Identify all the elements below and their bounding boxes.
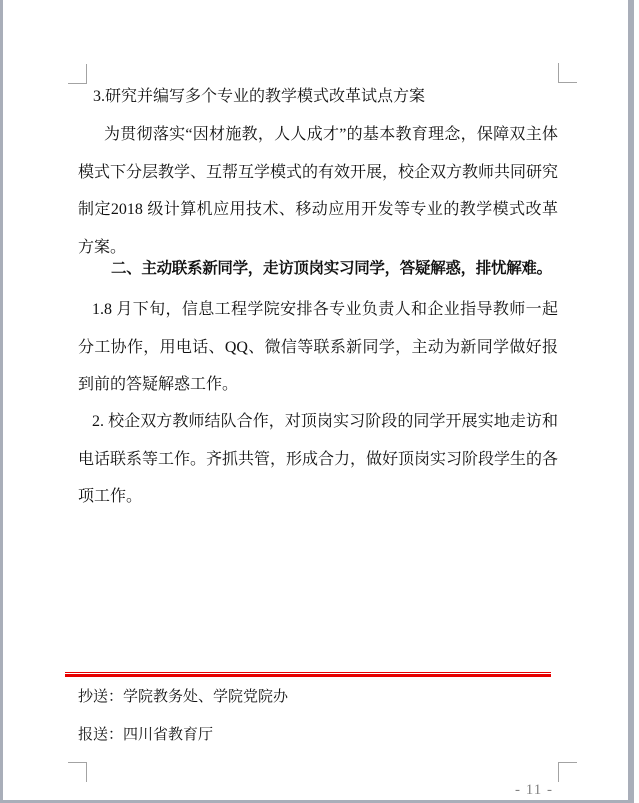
document-page[interactable]: 3.研究并编写多个专业的教学模式改革试点方案 为贯彻落实“因材施教，人人成才”的…	[0, 0, 639, 803]
margin-crop-mark-top-right	[558, 63, 577, 83]
page-number: - 11 -	[498, 782, 570, 799]
footer-report-line[interactable]: 报送：四川省教育厅	[78, 724, 558, 746]
page-edge-left	[0, 0, 3, 803]
paragraph-education-concept[interactable]: 为贯彻落实“因材施教，人人成才”的基本教育理念，保障双主体模式下分层教学、互帮互…	[78, 116, 558, 266]
margin-crop-mark-bottom-left	[68, 762, 87, 782]
document-viewport: 3.研究并编写多个专业的教学模式改革试点方案 为贯彻落实“因材施教，人人成才”的…	[0, 0, 639, 803]
footer-separator-double-red-line	[65, 672, 551, 677]
page-edge-right	[628, 0, 634, 803]
footer-cc-line[interactable]: 抄送：学院教务处、学院党院办	[78, 686, 558, 708]
point-3-line[interactable]: 3.研究并编写多个专业的教学模式改革试点方案	[78, 78, 558, 116]
paragraph-contact-new-students[interactable]: 1.8 月下旬，信息工程学院安排各专业负责人和企业指导教师一起分工协作，用电话、…	[78, 291, 558, 404]
paragraph-internship-visits[interactable]: 2. 校企双方教师结队合作，对顶岗实习阶段的同学开展实地走访和电话联系等工作。齐…	[78, 403, 558, 516]
section-2-heading[interactable]: 二、主动联系新同学，走访顶岗实习同学，答疑解惑，排忧解难。	[78, 250, 558, 288]
margin-crop-mark-bottom-right	[558, 762, 577, 782]
